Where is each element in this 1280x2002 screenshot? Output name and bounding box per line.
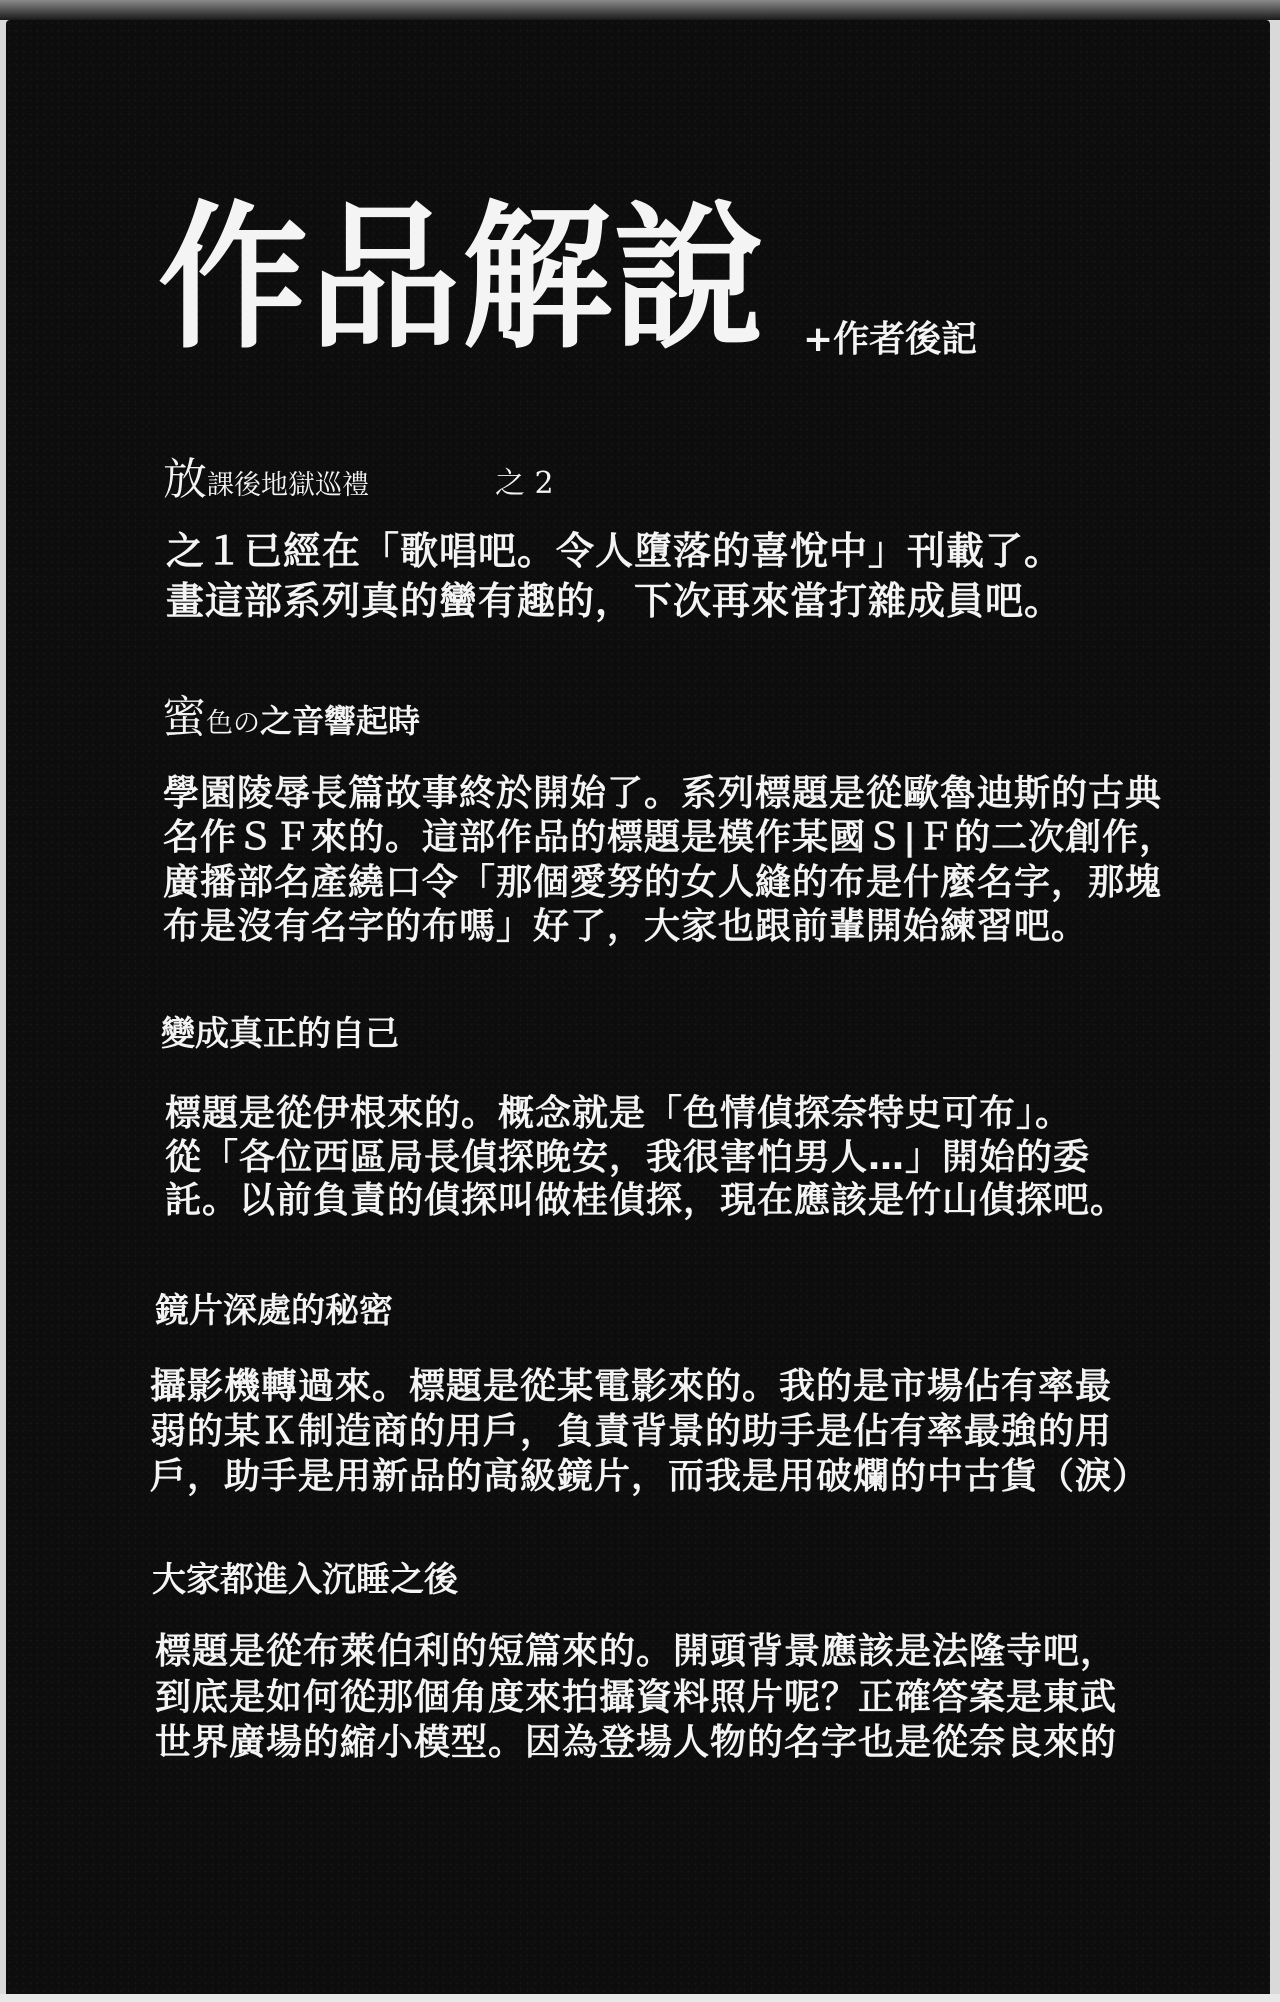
- section-3-heading: 變成真正的自己: [161, 1014, 399, 1054]
- section-4-line-3: 戶，助手是用新品的高級鏡片，而我是用破爛的中古貨（淚）: [150, 1455, 1149, 1499]
- scan-bottom-edge: [0, 1994, 1280, 2002]
- section-5-line-3: 世界廣場的縮小模型。因為登場人物的名字也是從奈良來的: [155, 1721, 1117, 1765]
- heading-initial: 放: [163, 454, 207, 505]
- section-3-line-3: 託。以前負責的偵探叫做桂偵探，現在應該是竹山偵探吧。: [165, 1179, 1127, 1223]
- section-2-line-1: 學園陵辱長篇故事終於開始了。系列標題是從歐魯迪斯的古典: [163, 772, 1162, 816]
- section-3-line-2: 從「各位西區局長偵探晚安，我很害怕男人…」開始的委: [165, 1136, 1090, 1180]
- heading-tail: 之音響起時: [260, 702, 420, 740]
- section-1-line-1: 之１已經在「歌唱吧。令人墮落的喜悅中」刊載了。: [166, 526, 1063, 576]
- section-5-line-2: 到底是如何從那個角度來拍攝資料照片呢？正確答案是東武: [155, 1676, 1117, 1720]
- section-2-heading: 蜜色の之音響起時: [162, 694, 420, 748]
- page-subtitle: +作者後記: [803, 318, 977, 362]
- section-2-line-3: 廣播部名產繞口令「那個愛努的女人縫的布是什麼名字，那塊: [163, 861, 1162, 905]
- section-5-heading: 大家都進入沉睡之後: [152, 1560, 458, 1600]
- section-4-line-1: 攝影機轉過來。標題是從某電影來的。我的是市場佔有率最: [150, 1365, 1112, 1409]
- heading-initial: 蜜: [162, 692, 206, 743]
- section-2-line-2: 名作ＳＦ來的。這部作品的標題是模作某國Ｓ|Ｆ的二次創作，: [163, 816, 1176, 860]
- section-2-line-4: 布是沒有名字的布嗎」好了，大家也跟前輩開始練習吧。: [163, 905, 1088, 949]
- section-4-heading: 鏡片深處的秘密: [155, 1291, 393, 1331]
- section-1-heading: 放課後地獄巡禮: [163, 456, 369, 510]
- section-3-line-1: 標題是從伊根來的。概念就是「色情偵探奈特史可布」。: [165, 1092, 1072, 1136]
- section-1-line-2: 畫這部系列真的蠻有趣的，下次再來當打雜成員吧。: [166, 576, 1063, 626]
- section-4-line-2: 弱的某Ｋ制造商的用戶，負責背景的助手是佔有率最強的用: [150, 1410, 1112, 1454]
- scan-top-edge: [0, 0, 1280, 20]
- heading-rest: 課後地獄巡禮: [207, 470, 369, 501]
- heading-rest: 色の: [206, 708, 260, 739]
- page-title: 作品解說: [158, 190, 766, 369]
- section-5-line-1: 標題是從布萊伯利的短篇來的。開頭背景應該是法隆寺吧，: [155, 1630, 1117, 1674]
- section-1-heading-suffix: 之 2: [495, 460, 554, 508]
